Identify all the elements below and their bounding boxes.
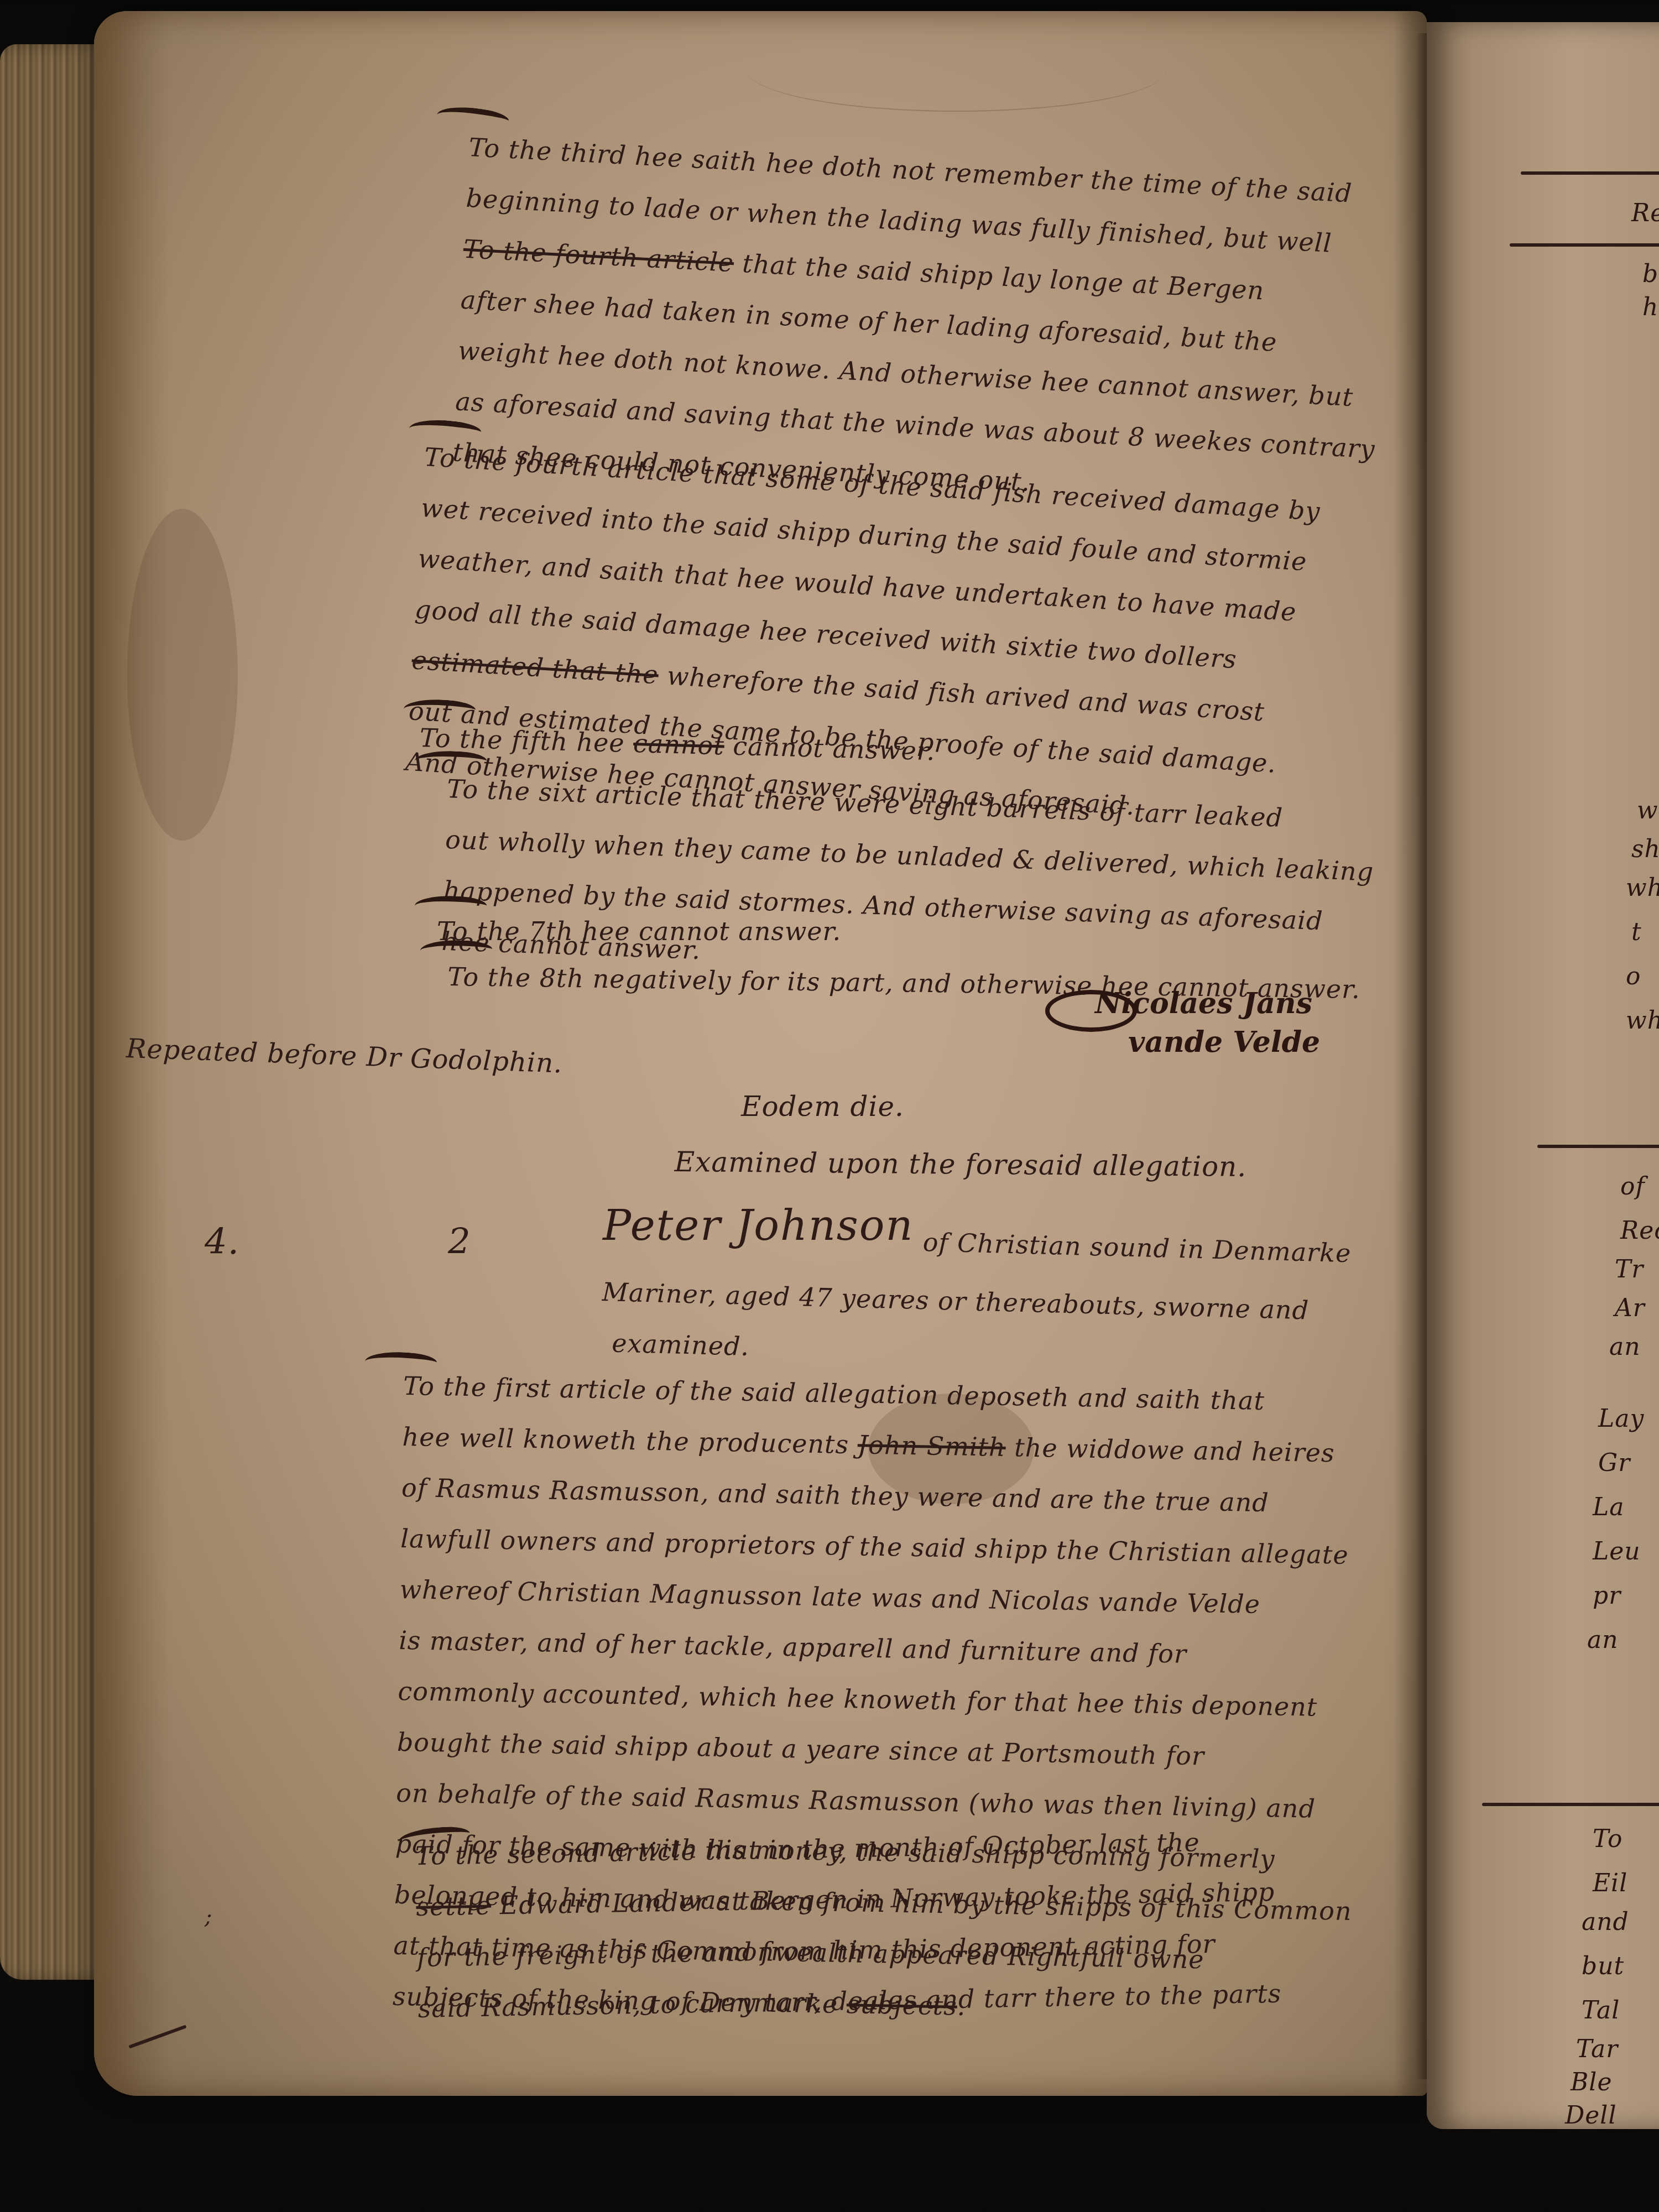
struck-text: settle	[416, 1891, 492, 1922]
deponent-name: Peter Johnson	[603, 1200, 914, 1251]
right-page-fragment: Leu	[1593, 1526, 1641, 1577]
paragraph-seventh-article: To the 7th hee cannot answer.	[437, 906, 841, 957]
witness-number: 2	[448, 1217, 471, 1267]
paper-crease	[747, 28, 1167, 112]
right-page-fragment: wh	[1626, 863, 1659, 914]
right-page-fragment: t	[1631, 907, 1642, 958]
recto-page: Re b h w sh wh t o wh of Rec Tr Ar an La…	[1427, 22, 1659, 2129]
struck-text: To the fourth article	[463, 234, 735, 278]
struck-text: cannot	[633, 728, 725, 760]
right-page-fragment: h	[1642, 282, 1658, 333]
right-page-fragment: Dell	[1565, 2090, 1616, 2129]
heading-eodem-die: Eodem die.	[741, 1081, 904, 1132]
right-page-fragment: To	[1593, 1814, 1623, 1865]
signature-line-2: vande Velde	[1095, 1023, 1320, 1062]
margin-note-repeated: Repeated before Dr Godolphin.	[126, 1023, 564, 1089]
text-line: of Christian sound in Denmarke	[922, 1217, 1352, 1279]
paper-stain	[127, 509, 238, 841]
photo-stage: To the third hee saith hee doth not reme…	[0, 0, 1659, 2212]
struck-text: John Smith	[857, 1430, 1006, 1462]
right-page-fragment: o	[1626, 951, 1641, 1002]
right-page-fragment: Re	[1631, 188, 1659, 239]
right-page-fragment: La	[1593, 1482, 1624, 1533]
signature-line-1: Nicolaes Jans	[1095, 984, 1320, 1023]
left-margin-number: 4.	[205, 1217, 239, 1267]
right-page-fragment: pr	[1593, 1571, 1621, 1621]
paragraph-flourish	[1510, 243, 1659, 247]
right-page-fragment: an	[1587, 1615, 1619, 1666]
right-page-fragment: an	[1609, 1322, 1641, 1373]
right-page-fragment: Gr	[1598, 1438, 1630, 1489]
deponent-intro: of Christian sound in Denmarke	[922, 1217, 1352, 1279]
right-page-fragment: Lay	[1598, 1394, 1644, 1444]
signature: Nicolaes Jans vande Velde	[1095, 984, 1320, 1062]
right-page-fragment: but	[1582, 1941, 1624, 1992]
deposition-second-article: To the second article that in the month …	[415, 1815, 1282, 2034]
margin-dash	[128, 2025, 186, 2048]
verso-page: To the third hee saith hee doth not reme…	[94, 11, 1427, 2096]
heading-examined: Examined upon the foresaid allegation.	[674, 1136, 1246, 1192]
paragraph-flourish	[1521, 171, 1659, 175]
margin-mark: ;	[205, 1891, 212, 1942]
right-page-fragment: of	[1620, 1161, 1645, 1212]
struck-text: estimated that the	[411, 645, 659, 690]
right-page-fragment: and	[1582, 1897, 1629, 1948]
right-page-fragment: wh	[1626, 995, 1659, 1046]
paragraph-flourish	[1482, 1803, 1659, 1806]
text-line: To the 7th hee cannot answer.	[437, 906, 841, 957]
paragraph-flourish	[1537, 1145, 1659, 1148]
